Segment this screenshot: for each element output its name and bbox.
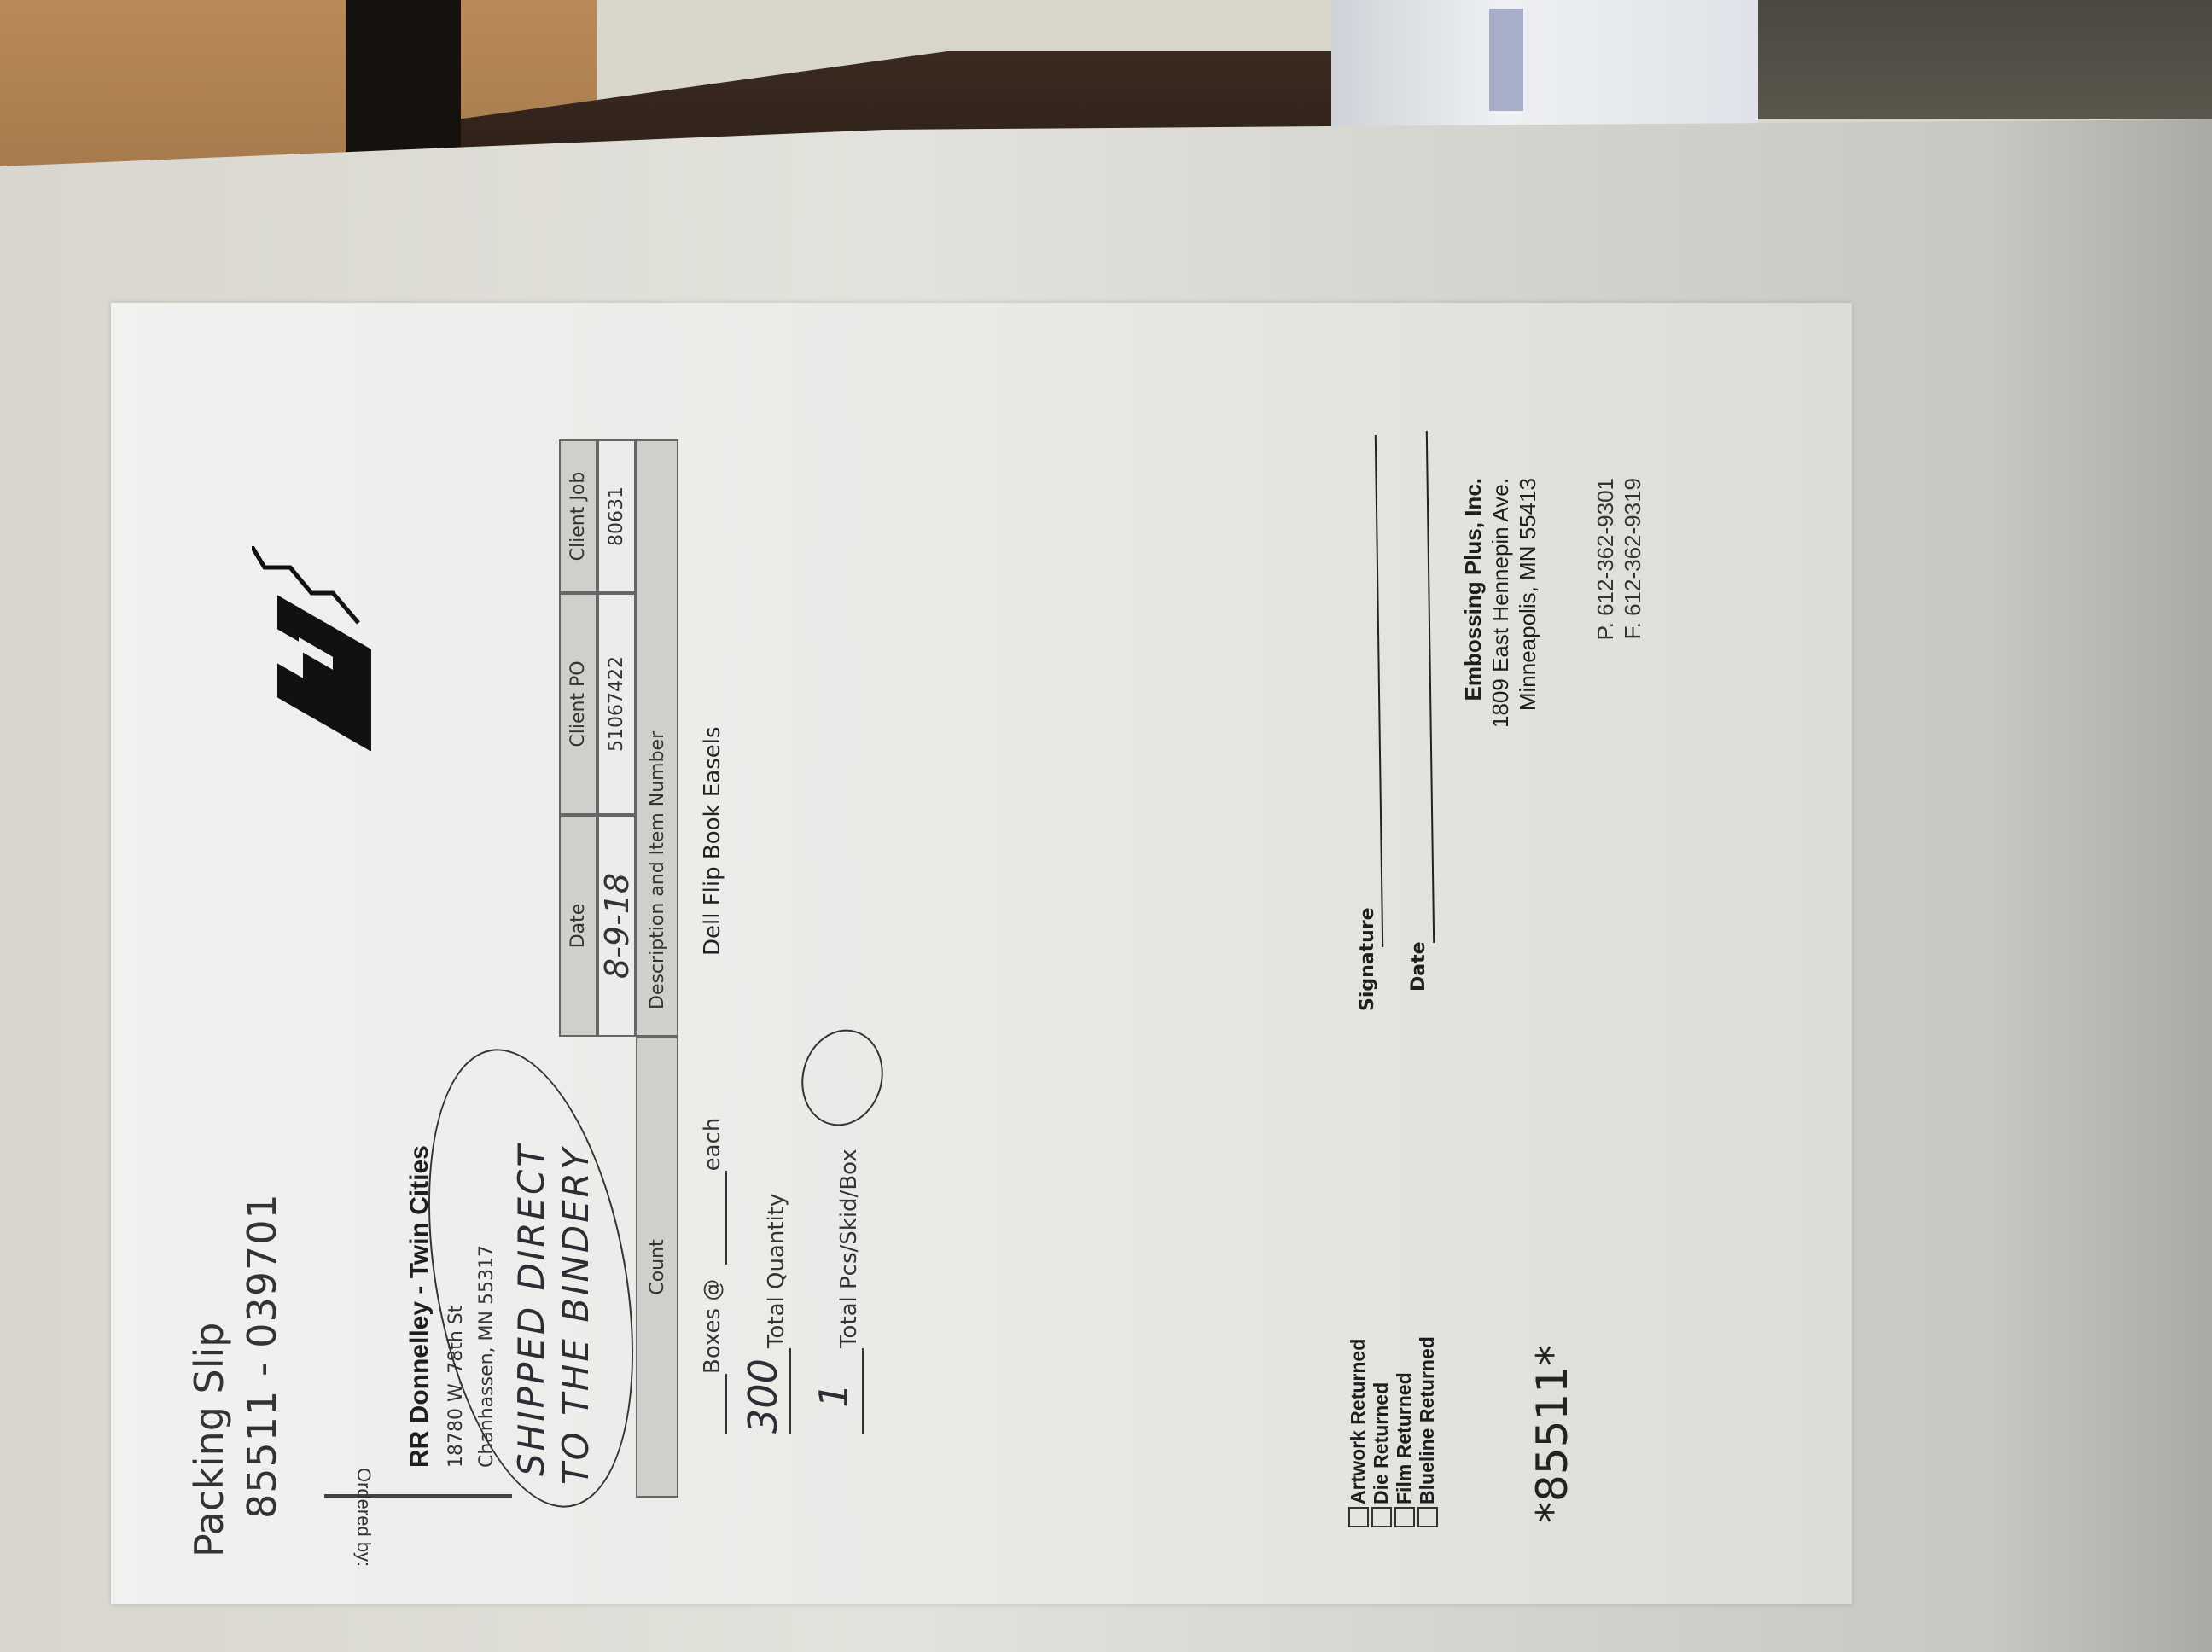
returned-checklist: Artwork Returned Die Returned Film Retur… [1347, 1336, 1439, 1527]
handwritten-note-line1: SHIPPED DIRECT [510, 1143, 552, 1476]
date-field[interactable] [1426, 431, 1435, 943]
checkbox-icon[interactable] [1371, 1507, 1392, 1527]
table-header-count: Count [636, 1037, 678, 1498]
table-header-client-po: Client PO [559, 593, 597, 815]
total-quantity-label: Total Quantity [764, 1194, 789, 1348]
company-name: Embossing Plus, Inc. [1459, 478, 1487, 742]
checkbox-label: Artwork Returned [1347, 1339, 1370, 1504]
each-blank [700, 1171, 727, 1265]
total-quantity-blank: 300 [764, 1348, 791, 1434]
checkbox-label: Blueline Returned [1416, 1336, 1439, 1504]
company-logo-icon [252, 546, 371, 751]
total-pcs-blank: 1 [836, 1348, 864, 1434]
slip-number: 85511 - 039701 [239, 1193, 285, 1519]
table-header-date: Date [559, 815, 597, 1037]
checkbox-label: Film Returned [1393, 1372, 1416, 1504]
background-plastic-wrap-label [1489, 9, 1523, 111]
company-contact: P. 612-362-9301 F. 612-362-9319 [1592, 478, 1646, 657]
date-label: Date [1408, 941, 1429, 992]
item-description: Dell Flip Book Easels [700, 726, 725, 956]
company-address-line1: 1809 East Hennepin Ave. [1487, 478, 1514, 742]
boxes-row: Boxes @ each [700, 1118, 727, 1434]
table-value-client-job: 80631 [597, 439, 636, 593]
total-pcs-value: 1 [811, 1383, 857, 1408]
checkbox-label: Die Returned [1370, 1382, 1393, 1504]
table-value-client-po: 51067422 [597, 593, 636, 815]
boxes-label: Boxes @ [700, 1279, 725, 1374]
barcode-text: *85511* [1528, 1345, 1577, 1523]
ordered-by-label: Ordered by: [352, 1468, 375, 1567]
table-header-client-job: Client Job [559, 439, 597, 593]
total-quantity-row: 300Total Quantity [764, 1194, 791, 1434]
packing-slip-paper: Packing Slip 85511 - 039701 Ordered by: … [111, 303, 1852, 1604]
checkbox-icon[interactable] [1417, 1507, 1438, 1527]
company-info: Embossing Plus, Inc. 1809 East Hennepin … [1459, 478, 1541, 742]
checkbox-film-returned[interactable]: Film Returned [1393, 1336, 1416, 1527]
background-plastic-wrap [1331, 0, 1758, 128]
total-quantity-value: 300 [740, 1358, 786, 1434]
order-info-table: Date Client PO Client Job 8-9-18 5106742… [559, 439, 678, 1498]
company-fax: F. 612-362-9319 [1619, 478, 1646, 657]
company-address-line2: Minneapolis, MN 55413 [1514, 478, 1541, 742]
table-header-description: Description and Item Number [636, 439, 678, 1037]
boxes-blank [700, 1374, 727, 1434]
checkbox-icon[interactable] [1394, 1507, 1415, 1527]
checkbox-icon[interactable] [1348, 1507, 1369, 1527]
total-pcs-label: Total Pcs/Skid/Box [836, 1149, 862, 1348]
skid-handwritten-circle [791, 1021, 894, 1135]
document-title: Packing Slip [186, 1322, 232, 1557]
background-dark-surface [1758, 0, 2212, 119]
checkbox-die-returned[interactable]: Die Returned [1370, 1336, 1393, 1527]
company-phone: P. 612-362-9301 [1592, 478, 1619, 657]
signature-field[interactable] [1375, 435, 1383, 947]
table-value-date: 8-9-18 [597, 815, 636, 1037]
checkbox-blueline-returned[interactable]: Blueline Returned [1416, 1336, 1439, 1527]
checkbox-artwork-returned[interactable]: Artwork Returned [1347, 1336, 1370, 1527]
each-label: each [700, 1118, 725, 1172]
background-black-bar [346, 0, 461, 162]
signature-label: Signature [1357, 907, 1378, 1011]
total-pcs-row: 1Total Pcs/Skid/Box [836, 1149, 864, 1434]
